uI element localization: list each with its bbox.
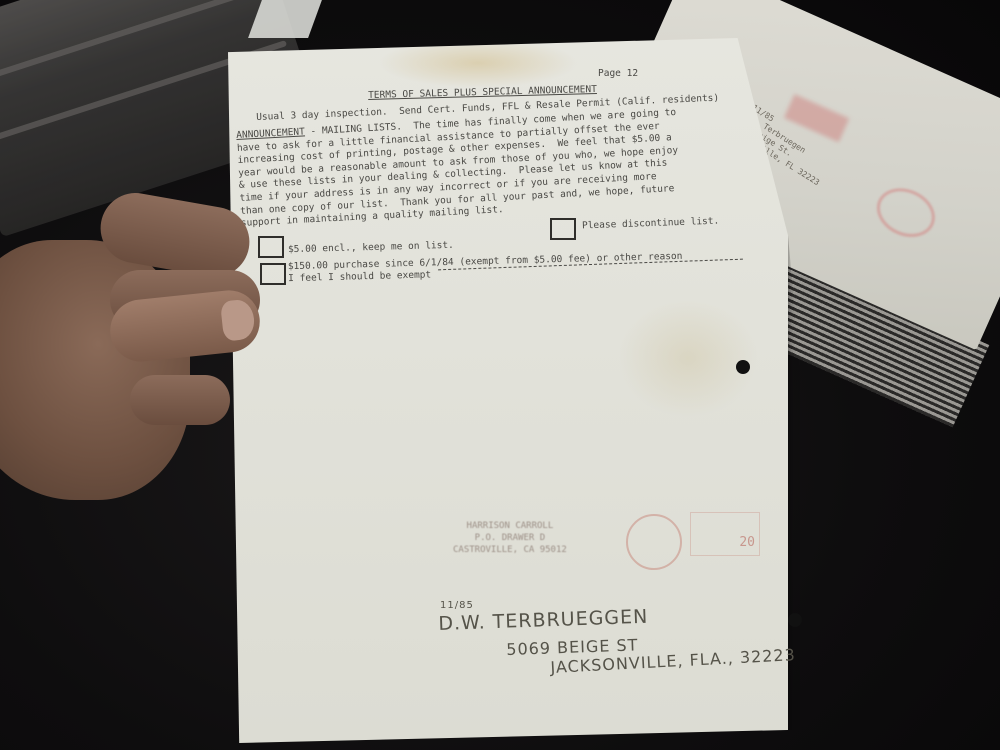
photo-scene: 1-11/85 D. W. Terbruegen 5069 Beige St. … (0, 0, 1000, 750)
hand-holding-sheet (0, 200, 270, 530)
discontinue-list-label: Please discontinue list. (582, 216, 720, 232)
paper-stain (618, 298, 758, 418)
punch-hole (788, 613, 802, 627)
keep-on-list-label: $5.00 encl., keep me on list. (288, 240, 454, 255)
envelope-postmark (869, 179, 943, 245)
hand-finger (130, 375, 230, 425)
return-address-stamp: HARRISON CARROLL P.O. DRAWER D CASTROVIL… (453, 520, 567, 556)
discontinue-list-checkbox[interactable] (550, 218, 576, 240)
announcement-heading: ANNOUNCEMENT (236, 126, 305, 141)
postmark-circle (626, 514, 682, 570)
punch-hole (736, 360, 750, 374)
document-sheet: Page 12 TERMS OF SALES PLUS SPECIAL ANNO… (228, 38, 788, 743)
page-number: Page 12 (598, 68, 638, 79)
postage-meter-mark: 20 (690, 512, 760, 556)
handwritten-date: 11/85 (440, 600, 474, 611)
announcement-paragraph: ANNOUNCEMENT - MAILING LISTS. The time h… (236, 103, 761, 231)
